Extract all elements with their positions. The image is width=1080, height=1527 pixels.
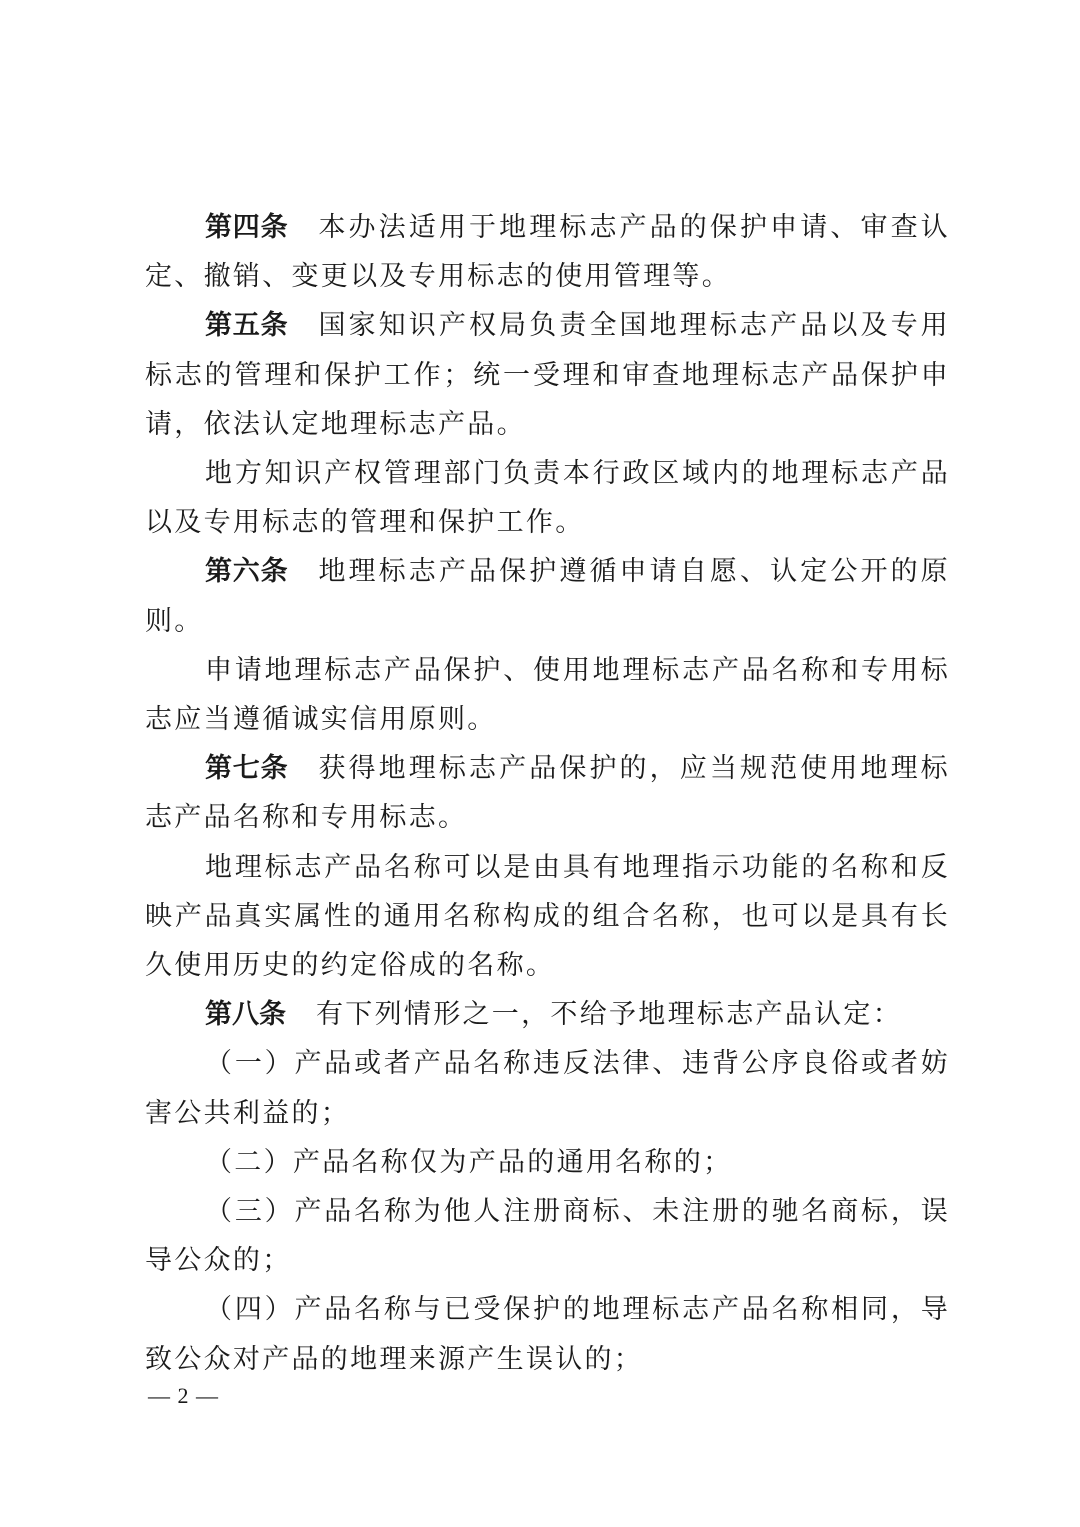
article-6: 第六条地理标志产品保护遵循申请自愿、认定公开的原则。 bbox=[145, 547, 950, 645]
document-body: 第四条本办法适用于地理标志产品的保护申请、审查认定、撤销、变更以及专用标志的使用… bbox=[145, 203, 950, 1384]
article-7: 第七条获得地理标志产品保护的，应当规范使用地理标志产品名称和专用标志。 bbox=[145, 744, 950, 842]
page-number: — 2 — bbox=[148, 1383, 219, 1409]
article-number: 第四条 bbox=[205, 212, 288, 243]
article-4: 第四条本办法适用于地理标志产品的保护申请、审查认定、撤销、变更以及专用标志的使用… bbox=[145, 203, 950, 301]
article-number: 第五条 bbox=[205, 310, 288, 341]
article-text: 有下列情形之一，不给予地理标志产品认定： bbox=[316, 999, 902, 1030]
article-number: 第七条 bbox=[205, 753, 288, 784]
paragraph: 地理标志产品名称可以是由具有地理指示功能的名称和反映产品真实属性的通用名称构成的… bbox=[145, 843, 950, 991]
paragraph: 申请地理标志产品保护、使用地理标志产品名称和专用标志应当遵循诚实信用原则。 bbox=[145, 646, 950, 744]
paragraph: 地方知识产权管理部门负责本行政区域内的地理标志产品以及专用标志的管理和保护工作。 bbox=[145, 449, 950, 547]
article-5: 第五条国家知识产权局负责全国地理标志产品以及专用标志的管理和保护工作；统一受理和… bbox=[145, 301, 950, 449]
list-item: （四）产品名称与已受保护的地理标志产品名称相同，导致公众对产品的地理来源产生误认… bbox=[145, 1285, 950, 1383]
article-8: 第八条有下列情形之一，不给予地理标志产品认定： bbox=[145, 990, 950, 1039]
article-number: 第八条 bbox=[205, 999, 286, 1030]
list-item: （二）产品名称仅为产品的通用名称的； bbox=[145, 1138, 950, 1187]
document-page: 第四条本办法适用于地理标志产品的保护申请、审查认定、撤销、变更以及专用标志的使用… bbox=[0, 0, 1080, 1527]
article-number: 第六条 bbox=[205, 556, 288, 587]
list-item: （一）产品或者产品名称违反法律、违背公序良俗或者妨害公共利益的； bbox=[145, 1039, 950, 1137]
list-item: （三）产品名称为他人注册商标、未注册的驰名商标，误导公众的； bbox=[145, 1187, 950, 1285]
